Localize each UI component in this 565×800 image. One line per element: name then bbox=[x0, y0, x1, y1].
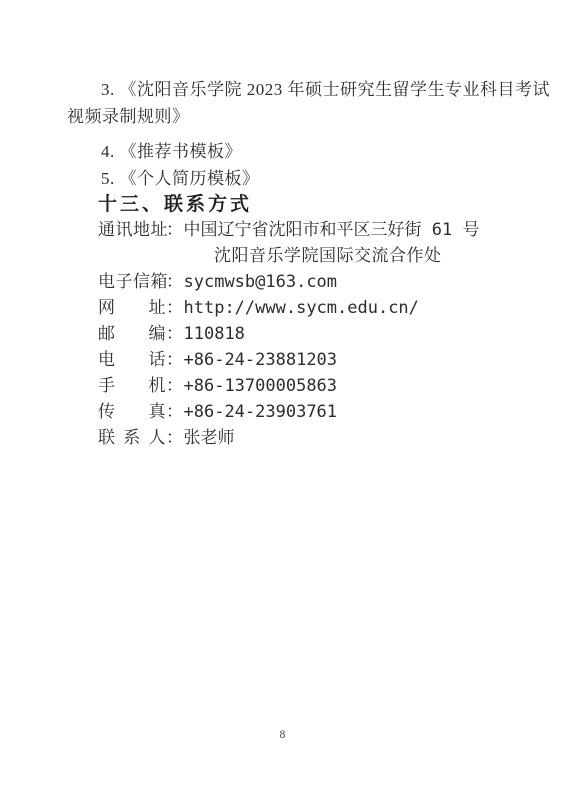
contact-value: 张老师 bbox=[184, 428, 235, 448]
contact-row-email: 电子信箱：sycmwsb@163.com bbox=[98, 269, 507, 295]
contact-label: 通讯地址 bbox=[98, 217, 166, 243]
list-item: 5. 《个人简历模板》 bbox=[67, 165, 507, 192]
contact-value: sycmwsb@163.com bbox=[184, 272, 338, 292]
contact-row-mobile: 手机：+86-13700005863 bbox=[98, 373, 507, 399]
contact-value: +86-13700005863 bbox=[184, 376, 338, 396]
contact-row-website: 网址：http://www.sycm.edu.cn/ bbox=[98, 295, 507, 321]
contact-label: 联系人 bbox=[98, 425, 166, 451]
list-item-text: 《个人简历模板》 bbox=[120, 169, 260, 188]
contact-colon: ： bbox=[166, 298, 184, 317]
contact-colon: ： bbox=[166, 220, 184, 239]
document-page: 3. 《沈阳音乐学院 2023 年硕士研究生留学生专业科目考试 视频录制规则》 … bbox=[0, 0, 565, 800]
contact-row-fax: 传真：+86-24-23903761 bbox=[98, 399, 507, 425]
list-item-number: 5. bbox=[101, 169, 115, 188]
contact-value-line2: 沈阳音乐学院国际交流合作处 bbox=[214, 243, 507, 269]
section-heading: 十三、联系方式 bbox=[98, 192, 507, 217]
contact-colon: ： bbox=[166, 376, 184, 395]
list-item-number: 3. bbox=[101, 80, 115, 99]
contact-colon: ： bbox=[166, 402, 184, 421]
contact-label: 邮编 bbox=[98, 321, 166, 347]
list-item: 3. 《沈阳音乐学院 2023 年硕士研究生留学生专业科目考试 bbox=[67, 76, 507, 103]
contact-label: 手机 bbox=[98, 373, 166, 399]
contact-value: 110818 bbox=[184, 324, 245, 344]
contact-value: +86-24-23881203 bbox=[184, 350, 338, 370]
contact-value: +86-24-23903761 bbox=[184, 402, 338, 422]
contact-row-postcode: 邮编：110818 bbox=[98, 321, 507, 347]
contact-row-phone: 电话：+86-24-23881203 bbox=[98, 347, 507, 373]
contact-value: http://www.sycm.edu.cn/ bbox=[184, 298, 419, 318]
contact-list: 通讯地址：中国辽宁省沈阳市和平区三好街 61 号 沈阳音乐学院国际交流合作处 电… bbox=[98, 217, 507, 451]
list-item-number: 4. bbox=[101, 142, 115, 161]
contact-colon: ： bbox=[166, 428, 184, 447]
contact-colon: ： bbox=[166, 350, 184, 369]
page-number: 8 bbox=[0, 729, 565, 741]
contact-row-address: 通讯地址：中国辽宁省沈阳市和平区三好街 61 号 bbox=[98, 217, 507, 243]
contact-colon: ： bbox=[166, 324, 184, 343]
list-item-text: 《沈阳音乐学院 2023 年硕士研究生留学生专业科目考试 bbox=[120, 80, 551, 99]
contact-value: 中国辽宁省沈阳市和平区三好街 61 号 bbox=[184, 220, 480, 240]
list-item-text: 《推荐书模板》 bbox=[120, 142, 243, 161]
contact-label: 电子信箱 bbox=[98, 269, 166, 295]
list-item: 4. 《推荐书模板》 bbox=[67, 138, 507, 165]
contact-label: 网址 bbox=[98, 295, 166, 321]
contact-label: 传真 bbox=[98, 399, 166, 425]
contact-colon: ： bbox=[166, 272, 184, 291]
contact-label: 电话 bbox=[98, 347, 166, 373]
contact-row-person: 联系人：张老师 bbox=[98, 425, 507, 451]
page-content: 3. 《沈阳音乐学院 2023 年硕士研究生留学生专业科目考试 视频录制规则》 … bbox=[67, 76, 507, 451]
list-item-continuation: 视频录制规则》 bbox=[67, 103, 507, 130]
